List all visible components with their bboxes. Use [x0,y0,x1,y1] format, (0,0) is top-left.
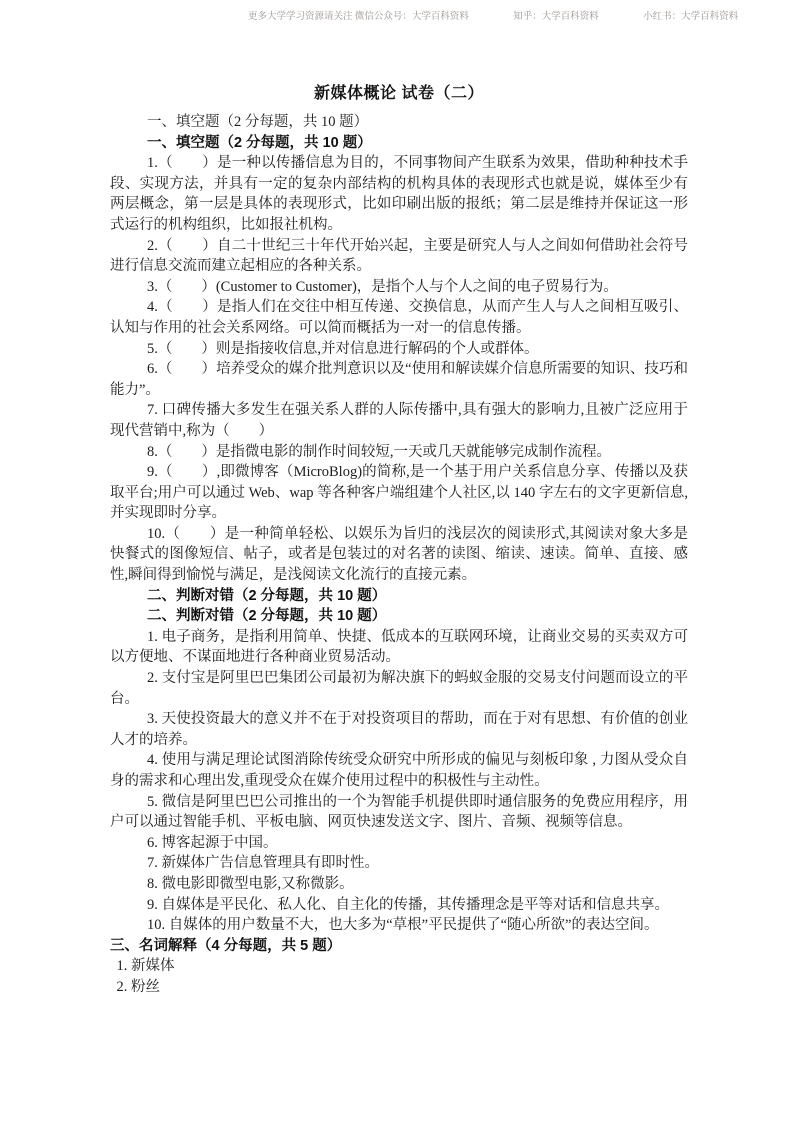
exam-title: 新媒体概论 试卷（二） [110,80,688,103]
paragraph: 7. 新媒体广告信息管理具有即时性。 [110,853,688,874]
paragraph: 2. 粉丝 [110,977,688,998]
section-heading: 三、名词解释（4 分每题，共 5 题） [110,936,688,957]
paragraph: 2. 支付宝是阿里巴巴集团公司最初为解决旗下的蚂蚁金服的交易支付问题而设立的平台… [110,668,688,709]
paragraph: 8. 微电影即微型电影,又称微影。 [110,874,688,895]
exam-paragraphs: 一、填空题（2 分每题，共 10 题）一、填空题（2 分每题，共 10 题）1.… [110,112,688,998]
resource-note: 更多大学学习资源请关注 微信公众号：大学百科资料 知乎：大学百科资料 小红书：大… [248,8,738,22]
exam-body: 新媒体概论 试卷（二） 一、填空题（2 分每题，共 10 题）一、填空题（2 分… [110,80,688,998]
paragraph: 5. 微信是阿里巴巴公司推出的一个为智能手机提供即时通信服务的免费应用程序，用户… [110,792,688,833]
document-page: 更多大学学习资源请关注 微信公众号：大学百科资料 知乎：大学百科资料 小红书：大… [0,0,793,1122]
resource-note-wechat: 更多大学学习资源请关注 微信公众号：大学百科资料 [248,12,469,22]
paragraph: 1.（ ）是一种以传播信息为目的，不同事物间产生联系为效果，借助种种技术手段、实… [110,153,688,235]
paragraph: 10.（ ）是一种简单轻松、以娱乐为旨归的浅层次的阅读形式,其阅读对象大多是快餐… [110,524,688,586]
paragraph: 9.（ ）,即微博客（MicroBlog)的简称,是一个基于用户关系信息分享、传… [110,462,688,524]
paragraph: 6.（ ）培养受众的媒介批判意识以及“使用和解读媒介信息所需要的知识、技巧和能力… [110,359,688,400]
paragraph: 3. 天使投资最大的意义并不在于对投资项目的帮助，而在于对有思想、有价值的创业人… [110,709,688,750]
paragraph: 3.（ ）(Customer to Customer)，是指个人与个人之间的电子… [110,277,688,298]
paragraph: 4.（ ）是指人们在交往中相互传递、交换信息，从而产生人与人之间相互吸引、认知与… [110,297,688,338]
paragraph: 7. 口碑传播大多发生在强关系人群的人际传播中,具有强大的影响力,且被广泛应用于… [110,400,688,441]
resource-note-zhihu: 知乎：大学百科资料 [513,12,599,22]
paragraph: 1. 电子商务，是指利用简单、快捷、低成本的互联网环境，让商业交易的买卖双方可以… [110,627,688,668]
resource-note-xiaohongshu: 小红书：大学百科资料 [643,12,738,22]
section-heading: 二、判断对错（2 分每题，共 10 题） [110,606,688,627]
paragraph: 一、填空题（2 分每题，共 10 题） [110,112,688,133]
paragraph: 9. 自媒体是平民化、私人化、自主化的传播，其传播理念是平等对话和信息共享。 [110,895,688,916]
paragraph: 2.（ ）自二十世纪三十年代开始兴起，主要是研究人与人之间如何借助社会符号进行信… [110,236,688,277]
paragraph: 10. 自媒体的用户数量不大，也大多为“草根”平民提供了“随心所欲”的表达空间。 [110,915,688,936]
paragraph: 6. 博客起源于中国。 [110,833,688,854]
paragraph: 8.（ ）是指微电影的制作时间较短,一天或几天就能够完成制作流程。 [110,442,688,463]
section-heading: 二、判断对错（2 分每题，共 10 题） [110,586,688,607]
paragraph: 1. 新媒体 [110,956,688,977]
paragraph: 4. 使用与满足理论试图消除传统受众研究中所形成的偏见与刻板印象 , 力图从受众… [110,750,688,791]
section-heading: 一、填空题（2 分每题，共 10 题） [110,133,688,154]
paragraph: 5.（ ）则是指接收信息,并对信息进行解码的个人或群体。 [110,339,688,360]
